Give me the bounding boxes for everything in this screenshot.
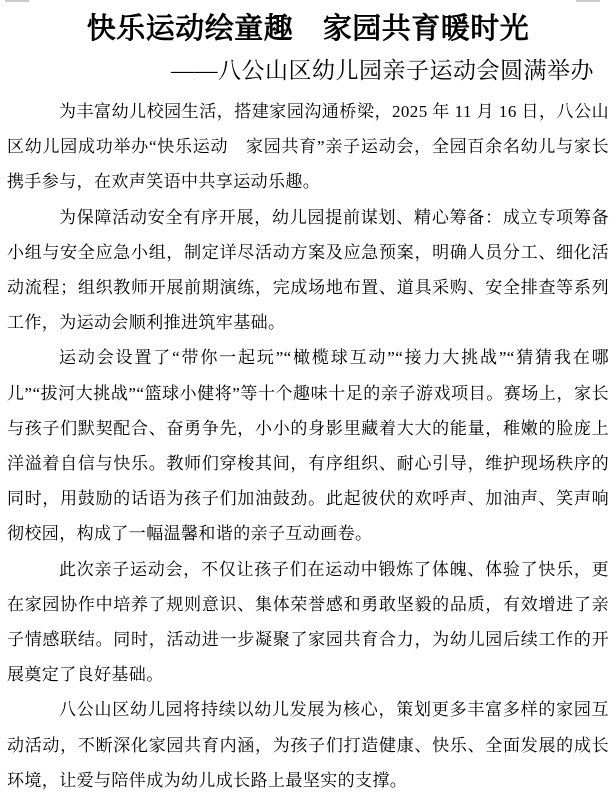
page-subtitle: ——八公山区幼儿园亲子运动会圆满举办 xyxy=(0,48,616,86)
paragraph-preparation: 为保障活动安全有序开展，幼儿园提前谋划、精心筹备：成立专项筹备小组与安全应急小组… xyxy=(7,200,609,341)
scan-artifact-right xyxy=(576,0,600,2)
article-body: 为丰富幼儿校园生活，搭建家园沟通桥梁，2025 年 11 月 16 日，八公山区… xyxy=(0,94,616,794)
document-page: 快乐运动绘童趣 家园共育暖时光 ——八公山区幼儿园亲子运动会圆满举办 为丰富幼儿… xyxy=(0,0,616,794)
scan-artifact-left xyxy=(5,0,29,2)
paragraph-significance: 此次亲子运动会，不仅让孩子们在运动中锻炼了体魄、体验了快乐，更在家园协作中培养了… xyxy=(7,552,609,693)
paragraph-intro: 为丰富幼儿校园生活，搭建家园沟通桥梁，2025 年 11 月 16 日，八公山区… xyxy=(7,94,609,200)
paragraph-games: 运动会设置了“带你一起玩”“橄榄球互动”“接力大挑战”“猜猜我在哪儿”“拔河大挑… xyxy=(7,340,609,551)
page-title: 快乐运动绘童趣 家园共育暖时光 xyxy=(0,0,616,48)
paragraph-outlook: 八公山区幼儿园将持续以幼儿发展为核心，策划更多丰富多样的家园互动活动，不断深化家… xyxy=(7,692,609,794)
